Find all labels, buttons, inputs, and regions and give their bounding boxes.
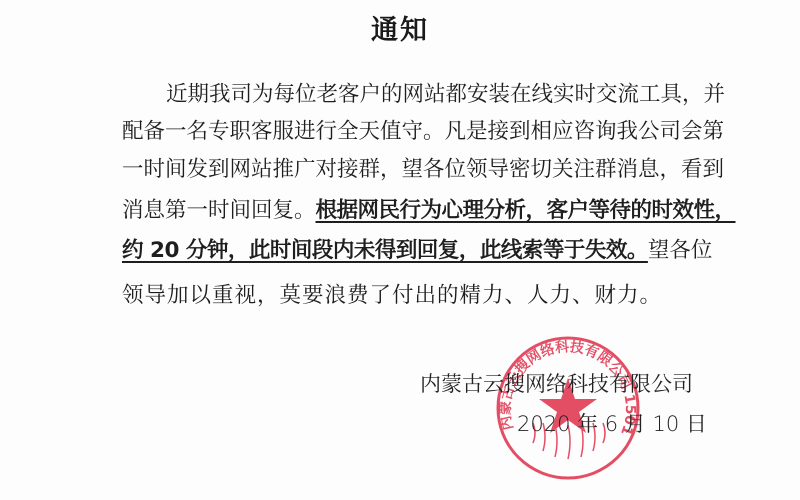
body-line-2: 配备一名专职客服进行全天值守。凡是接到相应咨询我公司会第 [122, 117, 682, 147]
body-line-6: 领导加以重视，莫要浪费了付出的精力、人力、财力。 [122, 281, 662, 311]
body-line-1: 近期我司为每位老客户的网站都安装在线实时交流工具，并 [122, 80, 682, 110]
signature-date: 2020 年 6 月 10 日 [517, 408, 707, 438]
emphasis-text-1: 根据网民行为心理分析，客户等待的时效性， [316, 198, 736, 223]
emphasis-text-2: 约 20 分钟，此时间段内未得到回复，此线索等于失效。 [122, 238, 648, 263]
document-title: 通知 [0, 8, 800, 47]
body-line-4: 消息第一时间回复。根据网民行为心理分析，客户等待的时效性， [122, 196, 682, 226]
body-line-4-normal: 消息第一时间回复。 [122, 198, 316, 223]
signature-company: 内蒙古云搜网络科技有限公司 [420, 368, 693, 398]
body-line-3: 一时间发到网站推广对接群，望各位领导密切关注群消息，看到 [122, 155, 682, 185]
body-line-5: 约 20 分钟，此时间段内未得到回复，此线索等于失效。望各位 [122, 236, 682, 266]
body-line-5-normal: 望各位 [648, 238, 713, 263]
